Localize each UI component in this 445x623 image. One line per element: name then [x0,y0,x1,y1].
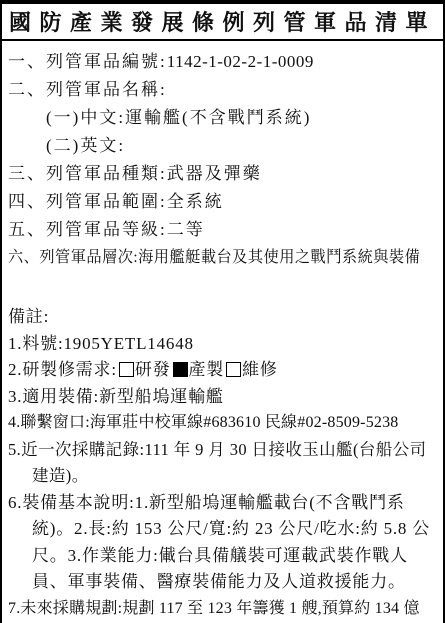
subfield-name-chinese: (一)中文:運輸艦(不含戰鬥系統) [8,104,437,132]
checkbox-develop-icon [119,362,134,377]
colon: : [118,136,125,155]
remark-equipment-description: 6.裝備基本說明:1.新型船塢運輸艦載台(不含戰鬥系統)。2.長:約 153 公… [8,490,437,596]
colon: : [160,192,167,211]
subfield-name-chinese-value: 運輸艦(不含戰鬥系統) [125,108,311,127]
subfield-name-chinese-label: (一)中文 [46,108,118,127]
checkbox-maintenance-label: 維修 [242,360,278,379]
remark-part-number: 1.料號:1905YETL14648 [8,331,437,358]
remark-rd-demand: 2.研製修需求:研發產製維修 [8,357,437,384]
checkbox-maintenance-icon [226,362,241,377]
checkbox-develop-label: 研發 [135,360,171,379]
field-item-level-value: 海用艦艇載台及其使用之戰鬥系統與裝備 [138,249,420,266]
colon: : [111,360,117,379]
field-item-grade-label: 五、列管軍品等級 [8,220,160,239]
field-item-category-label: 三、列管軍品種類 [8,164,160,183]
field-item-name-label: 二、列管軍品名稱 [8,80,160,99]
remarks-heading: 備註: [8,304,437,331]
field-item-grade-value: 二等 [167,220,205,239]
field-item-number: 一、列管軍品編號:1142-1-02-2-1-0009 [8,48,437,76]
field-item-level: 六、列管軍品層次:海用艦艇載台及其使用之戰鬥系統與裝備 [8,244,416,272]
field-item-category-value: 武器及彈藥 [167,164,262,183]
subfield-name-english-label: (二)英文 [46,136,118,155]
field-item-number-value: 1142-1-02-2-1-0009 [167,52,314,71]
field-item-number-label: 一、列管軍品編號 [8,52,160,71]
subfield-name-english: (二)英文: [8,132,437,160]
field-item-level-label: 六、列管軍品層次 [8,249,133,266]
field-item-name: 二、列管軍品名稱: [8,76,437,104]
checkbox-production-icon [173,362,188,377]
field-item-scope: 四、列管軍品範圍:全系統 [8,188,437,216]
remarks-section: 備註: 1.料號:1905YETL14648 2.研製修需求:研發產製維修 3.… [8,304,437,622]
remark-future-procurement: 7.未來採購規劃:規劃 117 至 123 年籌獲 1 艘,預算約 134 億 [8,596,437,623]
remark-applicable-equipment: 3.適用裝備:新型船塢運輸艦 [8,384,437,411]
remark-contact-window: 4.聯繫窗口:海軍莊中校軍線#683610 民線#02-8509-5238 [8,410,437,437]
field-item-scope-value: 全系統 [167,192,224,211]
document-title-bar: 國防產業發展條例列管軍品清單 [2,4,443,41]
field-item-scope-label: 四、列管軍品範圍 [8,192,160,211]
colon: : [160,80,167,99]
colon: : [160,220,167,239]
document-title: 國防產業發展條例列管軍品清單 [9,6,436,37]
document-page: 國防產業發展條例列管軍品清單 一、列管軍品編號:1142-1-02-2-1-00… [0,0,445,623]
checkbox-production-label: 產製 [189,360,225,379]
field-item-grade: 五、列管軍品等級:二等 [8,216,437,244]
colon: : [160,164,167,183]
colon: : [160,52,167,71]
remark-rd-demand-label: 2.研製修需求 [8,360,111,379]
field-item-category: 三、列管軍品種類:武器及彈藥 [8,160,437,188]
remark-last-procurement: 5.近一次採購記錄:111 年 9 月 30 日接收玉山艦(台船公司建造)。 [8,437,437,490]
document-body: 一、列管軍品編號:1142-1-02-2-1-0009 二、列管軍品名稱: (一… [2,41,443,622]
